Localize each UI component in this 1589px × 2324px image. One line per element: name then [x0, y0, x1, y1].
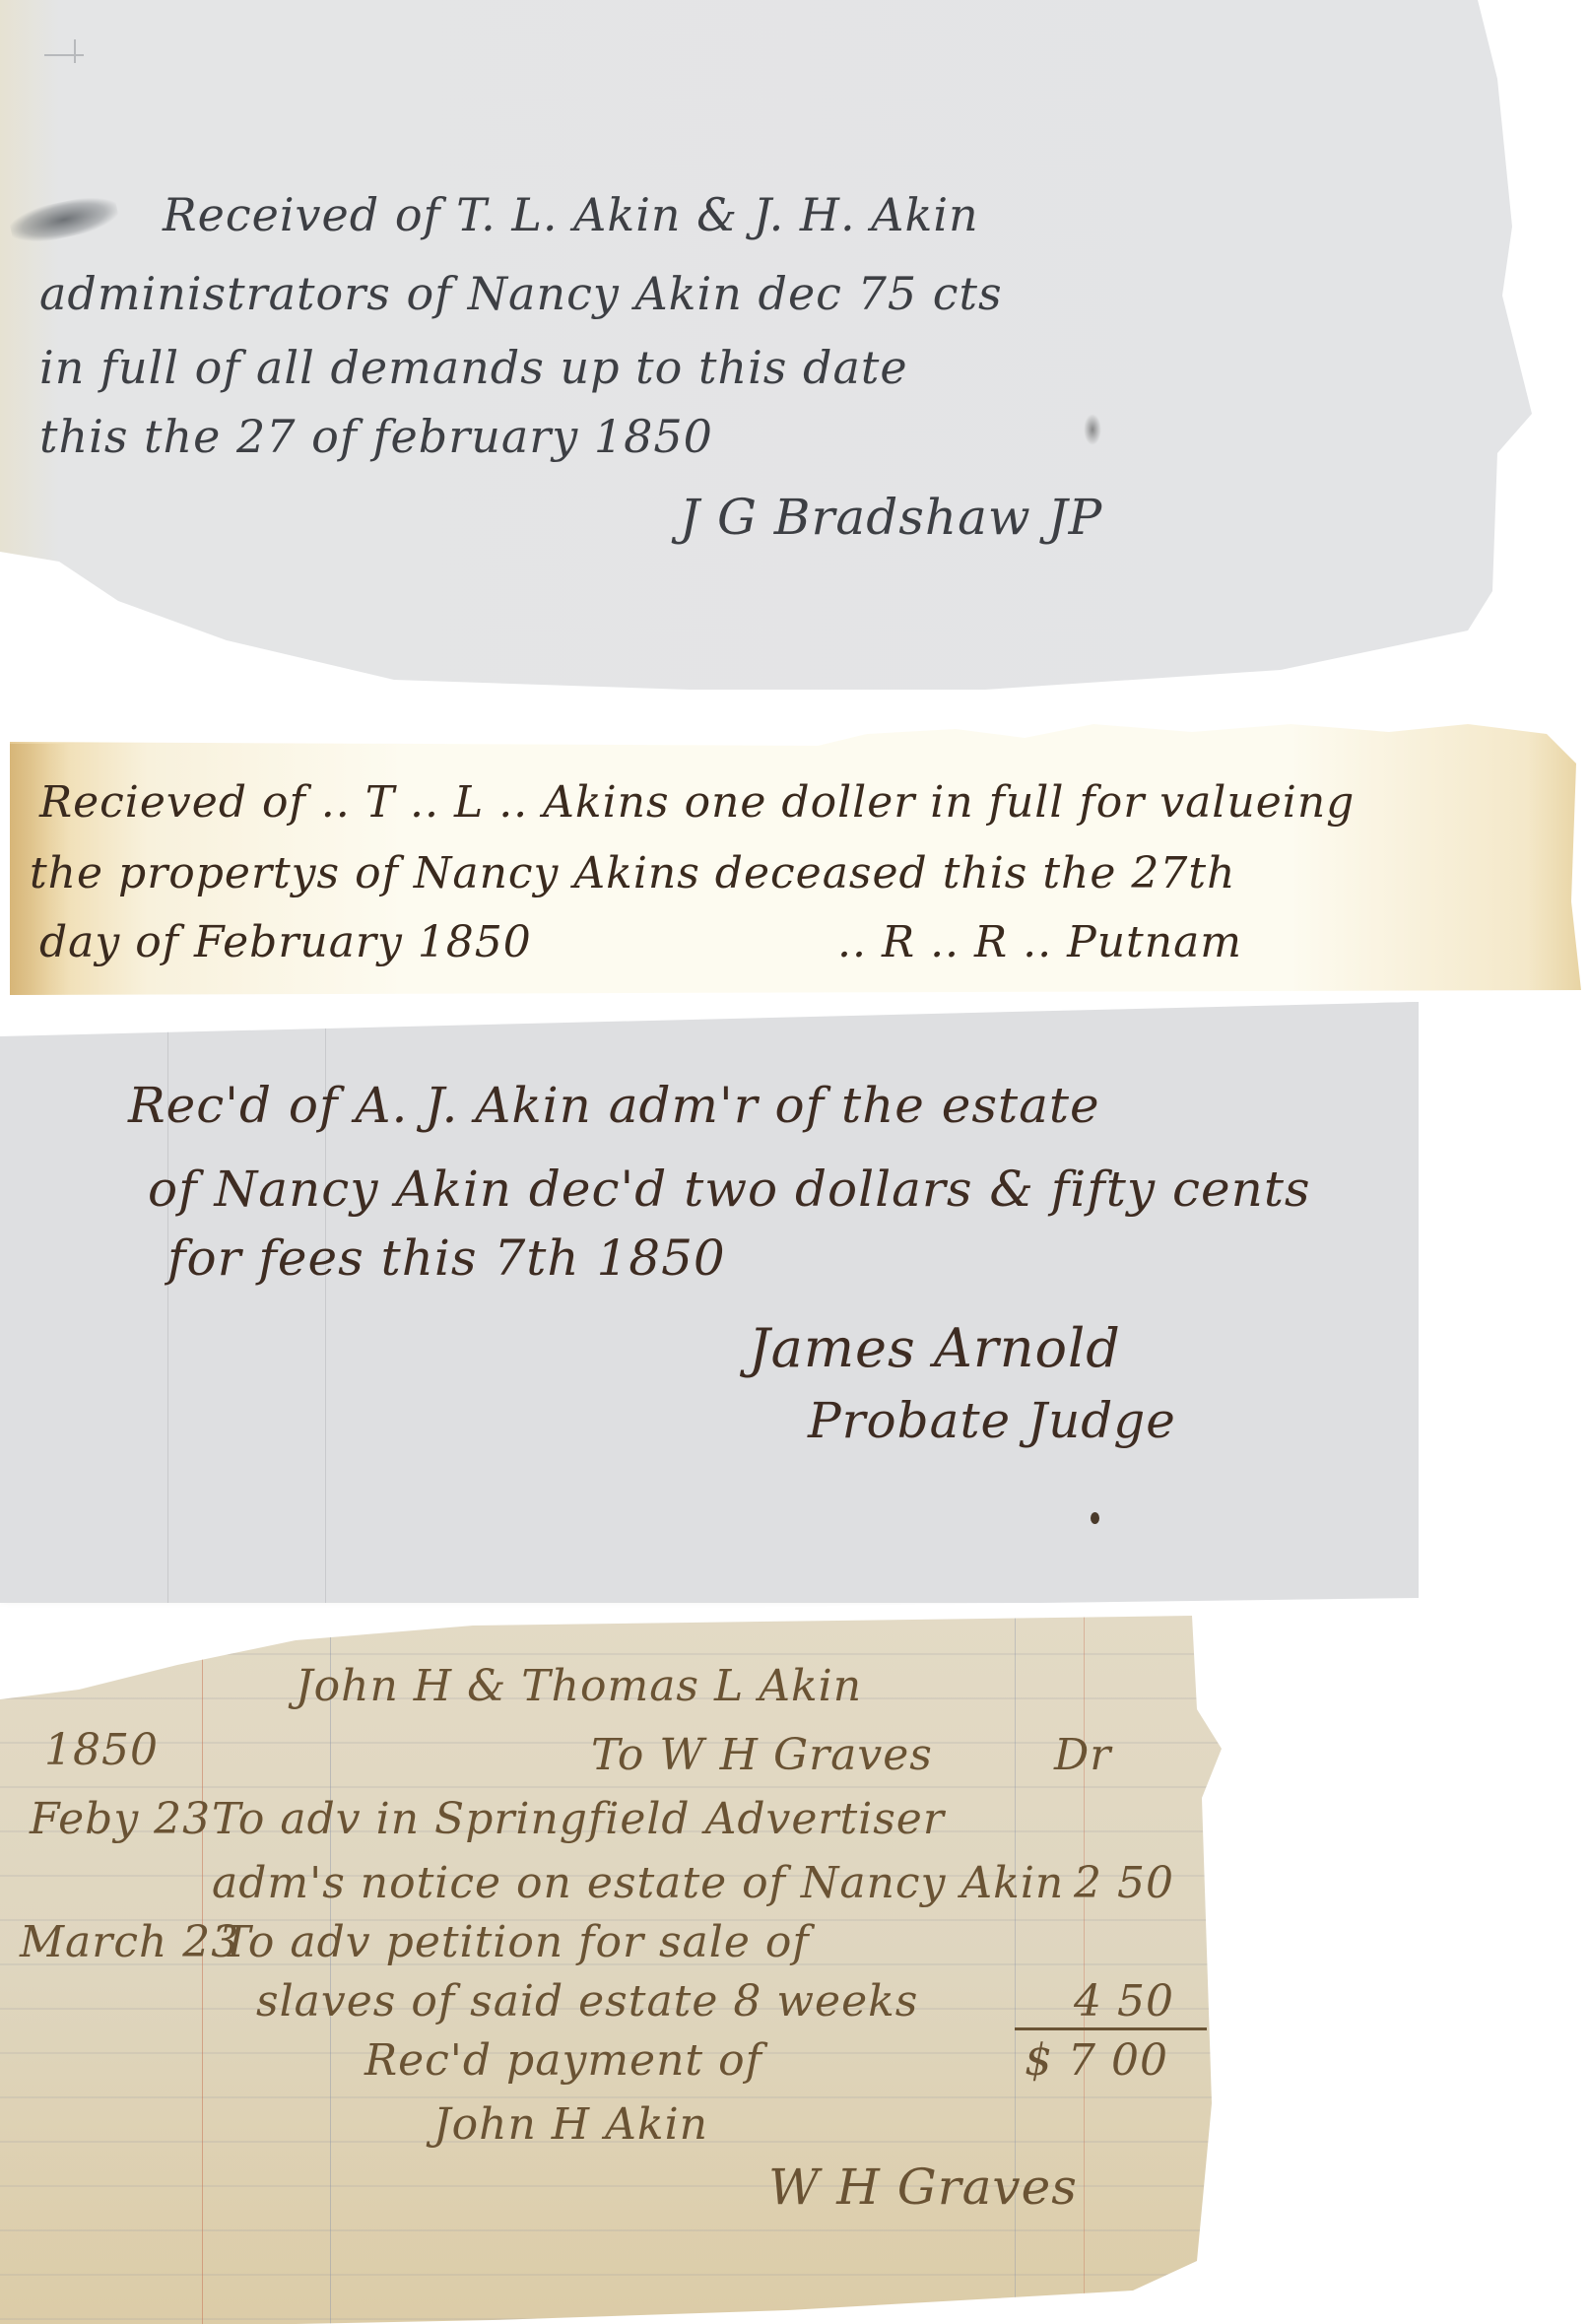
receipt-putnam: Recieved of .. T .. L .. Akins one dolle…: [10, 724, 1581, 995]
ink-spot: [1091, 1512, 1099, 1524]
bill-year: 1850: [44, 1729, 159, 1772]
bill-header-creditor: To W H Graves: [591, 1734, 933, 1777]
ledger-rule: [330, 1611, 331, 2324]
receipt-line: in full of all demands up to this date: [39, 345, 908, 390]
signature: W H Graves: [768, 2162, 1078, 2212]
receipt-bradshaw: Received of T. L. Akin & J. H. Akin admi…: [0, 0, 1537, 704]
entry-amount: 2 50: [1074, 1862, 1174, 1905]
pencil-mark: [74, 39, 76, 63]
ink-blot: [1084, 414, 1101, 445]
entry-amount: 4 50: [1074, 1980, 1174, 2024]
receipt-line: Received of T. L. Akin & J. H. Akin: [163, 192, 979, 237]
ledger-bill-graves: John H & Thomas L Akin 1850 To W H Grave…: [0, 1611, 1222, 2324]
receipt-line: Recieved of .. T .. L .. Akins one dolle…: [39, 781, 1355, 825]
bill-total: $ 7 00: [1025, 2039, 1168, 2083]
entry-date: March 23: [20, 1921, 239, 1964]
receipt-line: day of February 1850: [39, 921, 532, 964]
receipt-line: Rec'd of A. J. Akin adm'r of the estate: [128, 1081, 1100, 1130]
receipt-line: of Nancy Akin dec'd two dollars & fifty …: [148, 1164, 1311, 1214]
receipt-line: administrators of Nancy Akin dec 75 cts: [39, 271, 1003, 316]
ledger-rule: [1084, 1611, 1085, 2324]
pencil-mark: [44, 54, 84, 56]
ledger-rule: [1015, 1611, 1016, 2324]
total-rule: [1015, 2027, 1207, 2030]
signature-title: Probate Judge: [808, 1396, 1176, 1445]
receipt-line: the propertys of Nancy Akins deceased th…: [30, 852, 1235, 896]
signature: J G Bradshaw JP: [680, 493, 1102, 542]
receipt-arnold: Rec'd of A. J. Akin adm'r of the estate …: [0, 1002, 1419, 1603]
signature: .. R .. R .. Putnam: [837, 921, 1242, 964]
ink-blot: [7, 191, 120, 248]
entry-date: Feby 23: [30, 1798, 211, 1841]
entry-text: adm's notice on estate of Nancy Akin: [212, 1862, 1064, 1905]
receipt-line: this the 27 of february 1850: [39, 414, 713, 459]
dr-label: Dr: [1054, 1734, 1111, 1777]
received-line: Rec'd payment of: [364, 2039, 762, 2083]
bill-header-debtor: John H & Thomas L Akin: [296, 1665, 862, 1708]
margin-rule: [202, 1611, 203, 2324]
receipt-line: for fees this 7th 1850: [167, 1233, 726, 1283]
signature: James Arnold: [749, 1322, 1121, 1375]
entry-text: slaves of said estate 8 weeks: [256, 1980, 918, 2024]
entry-text: To adv in Springfield Advertiser: [212, 1798, 945, 1841]
entry-text: To adv petition for sale of: [222, 1921, 810, 1964]
payer-name: John H Akin: [433, 2103, 708, 2147]
